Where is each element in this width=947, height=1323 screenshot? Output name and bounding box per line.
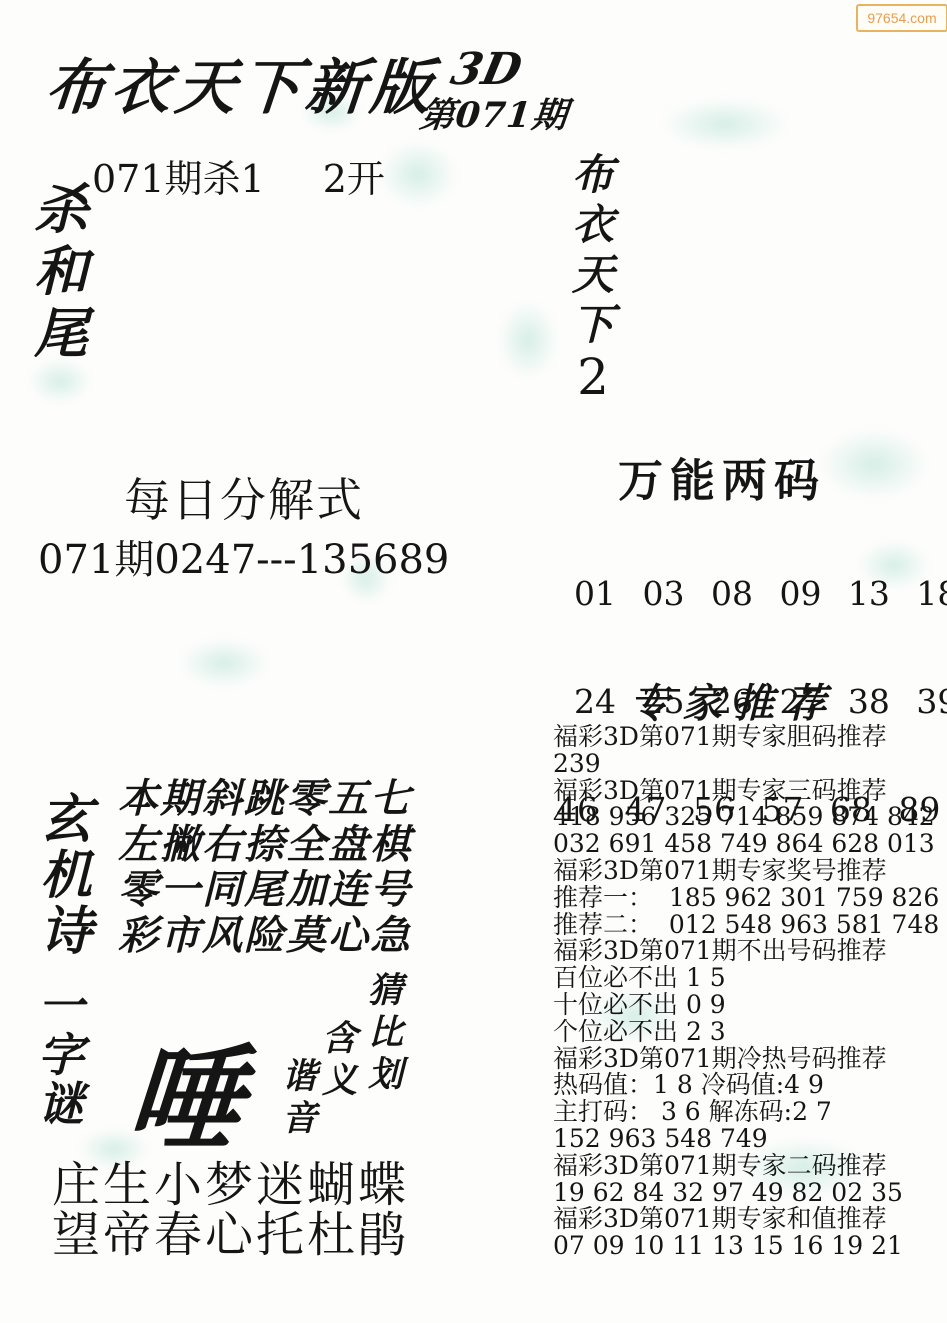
vertical-char: 杀 bbox=[34, 178, 88, 240]
issue-number-label: 第071期 bbox=[417, 88, 570, 138]
watermark-smudge bbox=[498, 300, 558, 380]
bottom-poem-block: 庄生小梦迷蝴蝶 望帝春心托杜鹃 bbox=[52, 1160, 409, 1260]
expert-line: 239 bbox=[553, 751, 945, 778]
riddle-hint-guess-strokes: 猜 比 划 bbox=[368, 970, 403, 1096]
universal-two-codes-title: 万能两码 bbox=[618, 444, 826, 509]
vertical-char: 含 bbox=[322, 1018, 357, 1060]
vertical-char: 和 bbox=[34, 240, 88, 302]
lottery-sheet-page: 97654.com 布衣天下新版 3D 第071期 071期杀12开 杀 和 尾… bbox=[0, 0, 947, 1323]
vertical-char: 衣 bbox=[572, 200, 614, 250]
vertical-char: 布 bbox=[572, 150, 614, 200]
expert-line: 418 956 325 714 859 874 842 bbox=[553, 804, 945, 831]
vertical-char: 下 bbox=[572, 300, 614, 350]
expert-line: 推荐二： 012 548 963 581 748 bbox=[553, 912, 945, 939]
watermark-smudge bbox=[818, 428, 930, 500]
daily-decomposition-formula: 071期0247---135689 bbox=[38, 528, 449, 585]
vertical-char: 谜 bbox=[38, 1080, 84, 1129]
expert-line: 推荐一： 185 962 301 759 826 bbox=[553, 885, 945, 912]
buyi-tianxia-vertical: 布 衣 天 下 2 bbox=[572, 150, 614, 404]
expert-line: 福彩3D第071期不出号码推荐 bbox=[553, 938, 945, 965]
vertical-char: 谐 bbox=[282, 1056, 317, 1098]
expert-line: 032 691 458 749 864 628 013 bbox=[553, 831, 945, 858]
kill-sum-tail-vertical: 杀 和 尾 bbox=[34, 178, 88, 364]
mystery-poem-line: 左撇右捺全盘棋 bbox=[118, 822, 412, 868]
daily-decomposition-title: 每日分解式 bbox=[124, 464, 364, 530]
bottom-poem-line-2: 望帝春心托杜鹃 bbox=[52, 1210, 409, 1260]
riddle-hint-meaning: 含 义 bbox=[322, 1018, 357, 1102]
expert-recommend-title: 专家推荐 bbox=[630, 672, 838, 729]
expert-line: 福彩3D第071期专家胆码推荐 bbox=[553, 724, 945, 751]
vertical-char: 音 bbox=[282, 1098, 317, 1140]
riddle-hint-homophone: 谐 音 bbox=[282, 1056, 317, 1140]
vertical-char: 天 bbox=[572, 250, 614, 300]
expert-recommend-block: 福彩3D第071期专家胆码推荐 239 福彩3D第071期专家三码推荐 418 … bbox=[553, 724, 945, 1260]
main-title: 布衣天下新版 bbox=[42, 40, 440, 126]
site-watermark-text: 97654.com bbox=[867, 10, 936, 26]
site-watermark-badge: 97654.com bbox=[856, 4, 947, 32]
expert-line: 福彩3D第071期专家三码推荐 bbox=[553, 778, 945, 805]
one-char-riddle-label: 一 字 谜 bbox=[38, 982, 84, 1129]
vertical-char: 划 bbox=[368, 1054, 403, 1096]
vertical-char: 机 bbox=[40, 848, 92, 904]
kill-info-line: 071期杀12开 bbox=[92, 148, 385, 203]
vertical-char: 义 bbox=[322, 1060, 357, 1102]
watermark-smudge bbox=[378, 140, 458, 208]
expert-line: 19 62 84 32 97 49 82 02 35 bbox=[553, 1180, 945, 1207]
vertical-char: 诗 bbox=[40, 904, 92, 960]
mystery-poem-line: 零一同尾加连号 bbox=[118, 867, 412, 913]
vertical-char: 玄 bbox=[40, 792, 92, 848]
expert-line: 福彩3D第071期专家和值推荐 bbox=[553, 1206, 945, 1233]
vertical-char: 比 bbox=[368, 1012, 403, 1054]
vertical-char: 一 bbox=[38, 982, 84, 1031]
kill-info-left: 071期杀1 bbox=[92, 157, 265, 201]
watermark-smudge bbox=[178, 638, 270, 688]
vertical-char: 猜 bbox=[368, 970, 403, 1012]
mystery-poem-line: 本期斜跳零五七 bbox=[118, 776, 412, 822]
expert-line: 07 09 10 11 13 15 16 19 21 bbox=[553, 1233, 945, 1260]
expert-line: 百位必不出 1 5 bbox=[553, 965, 945, 992]
expert-line: 福彩3D第071期专家奖号推荐 bbox=[553, 858, 945, 885]
expert-line: 个位必不出 2 3 bbox=[553, 1019, 945, 1046]
riddle-character: 唾 bbox=[122, 1008, 247, 1172]
expert-line: 福彩3D第071期专家二码推荐 bbox=[553, 1153, 945, 1180]
expert-line: 福彩3D第071期冷热号码推荐 bbox=[553, 1046, 945, 1073]
buyi-number: 2 bbox=[577, 350, 609, 404]
mystery-poem-label: 玄 机 诗 bbox=[40, 792, 92, 960]
expert-line: 热码值：1 8 冷码值:4 9 bbox=[553, 1072, 945, 1099]
vertical-char: 尾 bbox=[34, 302, 88, 364]
mystery-poem-block: 本期斜跳零五七 左撇右捺全盘棋 零一同尾加连号 彩市风险莫心急 bbox=[118, 776, 412, 958]
mystery-poem-line: 彩市风险莫心急 bbox=[118, 913, 412, 959]
expert-line: 十位必不出 0 9 bbox=[553, 992, 945, 1019]
open-info-label: 2开 bbox=[323, 157, 385, 201]
expert-line: 152 963 548 749 bbox=[553, 1126, 945, 1153]
vertical-char: 字 bbox=[38, 1031, 84, 1080]
bottom-poem-line-1: 庄生小梦迷蝴蝶 bbox=[52, 1160, 409, 1210]
watermark-smudge bbox=[660, 98, 790, 150]
universal-codes-row: 01 03 08 09 13 18 19? bbox=[556, 576, 947, 612]
expert-line: 主打码： 3 6 解冻码:2 7 bbox=[553, 1099, 945, 1126]
